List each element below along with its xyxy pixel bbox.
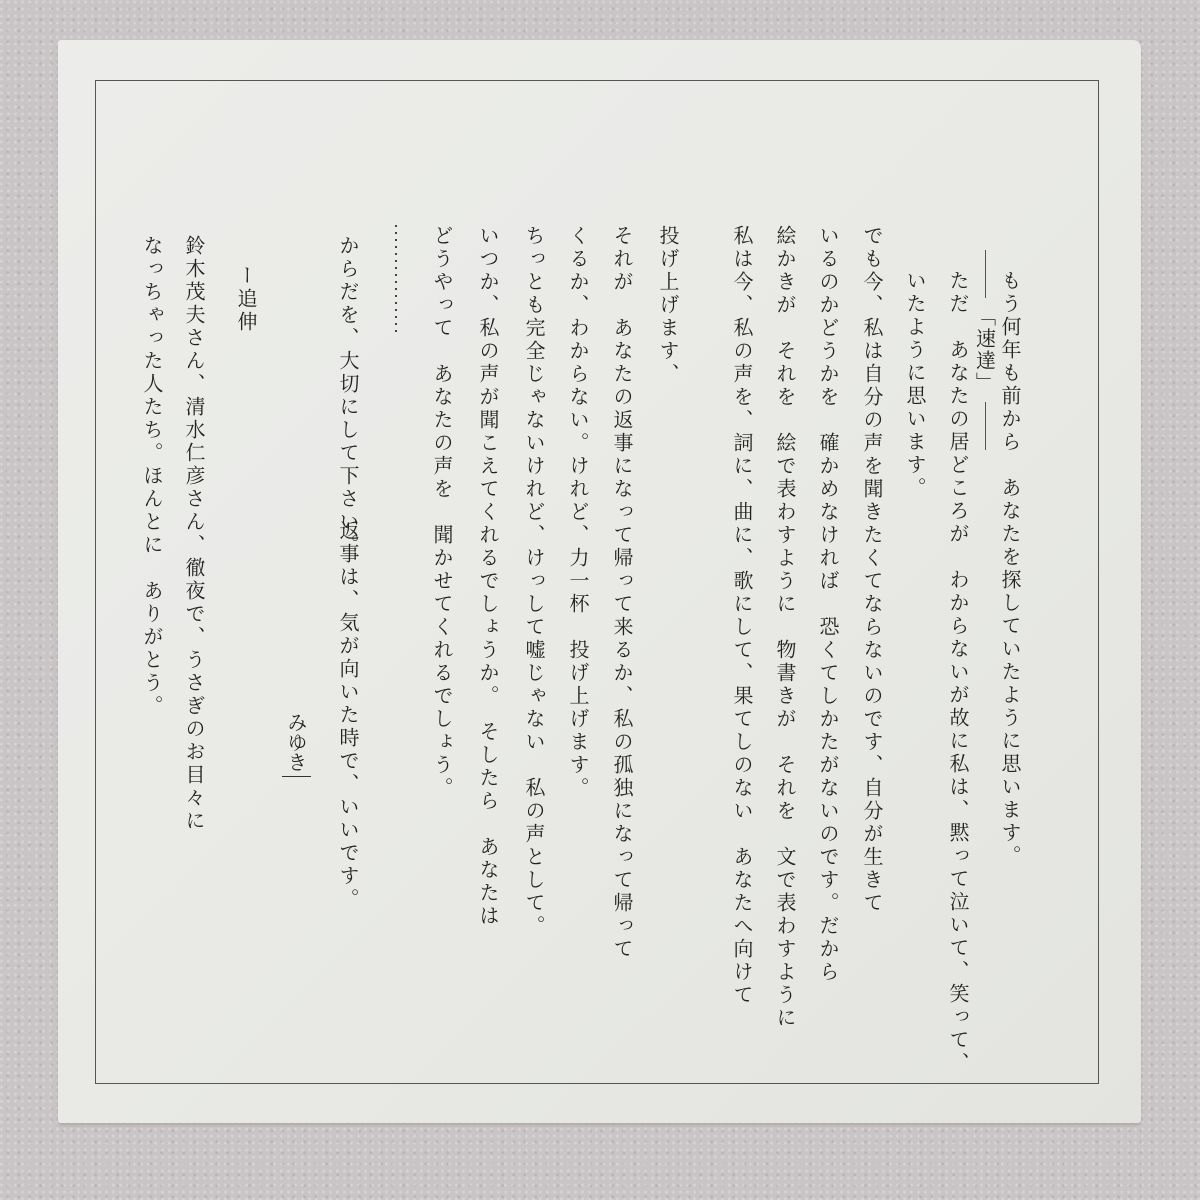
body-line-3: いたように思います。: [905, 270, 925, 500]
body-line-4: でも今、私は自分の声を聞きたくてならないのです、自分が生きて: [862, 225, 882, 915]
body-line-13: どうやって あなたの声を 聞かせてくれるでしょう。: [432, 225, 452, 800]
postscript-line-1: 鈴木茂夫さん、清水仁彦さん、徹夜で、うさぎのお目々に: [184, 235, 204, 833]
closing-line-care: からだを、大切にして下さい。: [338, 235, 358, 557]
title-rule-top: [985, 250, 986, 298]
body-line-8: 投げ上げます、: [658, 225, 678, 386]
body-line-10: くるか、わからない。けれど、力一杯 投げ上げます。: [568, 225, 588, 800]
body-line-5: いるのかどうかを 確かめなければ 恐くてしかたがないのです。だから: [818, 225, 838, 984]
postscript-label: ー追伸: [236, 265, 256, 334]
dotted-separator: [395, 225, 397, 335]
title-rule-bottom: [985, 402, 986, 450]
signature: みゆき: [282, 712, 311, 777]
body-line-6: 絵かきが それを 絵で表わすように 物書きが それを 文で表わすように: [775, 225, 795, 1030]
body-line-1: もう何年も前から あなたを探していたように思います。: [1000, 270, 1020, 868]
postscript-line-2: なっちゃった人たち。ほんとに ありがとう。: [142, 235, 162, 718]
body-line-9: それが あなたの返事になって帰って来るか、私の孤独になって帰って: [612, 225, 632, 961]
body-line-7: 私は今、私の声を、詞に、曲に、歌にして、果てしのない あなたへ向けて: [732, 225, 752, 1007]
body-line-2: ただ あなたの居どころが わからないが故に私は、黙って泣いて、笑って、: [948, 270, 968, 1075]
letter-title: 「速達」: [971, 298, 1000, 402]
closing-line-reply: 返事は、気が向いた時で、いいです。: [338, 520, 358, 911]
letter-title-block: 「速達」: [970, 250, 1000, 490]
body-line-11: ちっとも完全じゃないけれど、けっして嘘じゃない 私の声として。: [524, 225, 544, 938]
letter-sheet: [58, 40, 1141, 1123]
body-line-12: いつか、私の声が聞こえてくれるでしょうか。 そしたら あなたは: [478, 225, 498, 928]
